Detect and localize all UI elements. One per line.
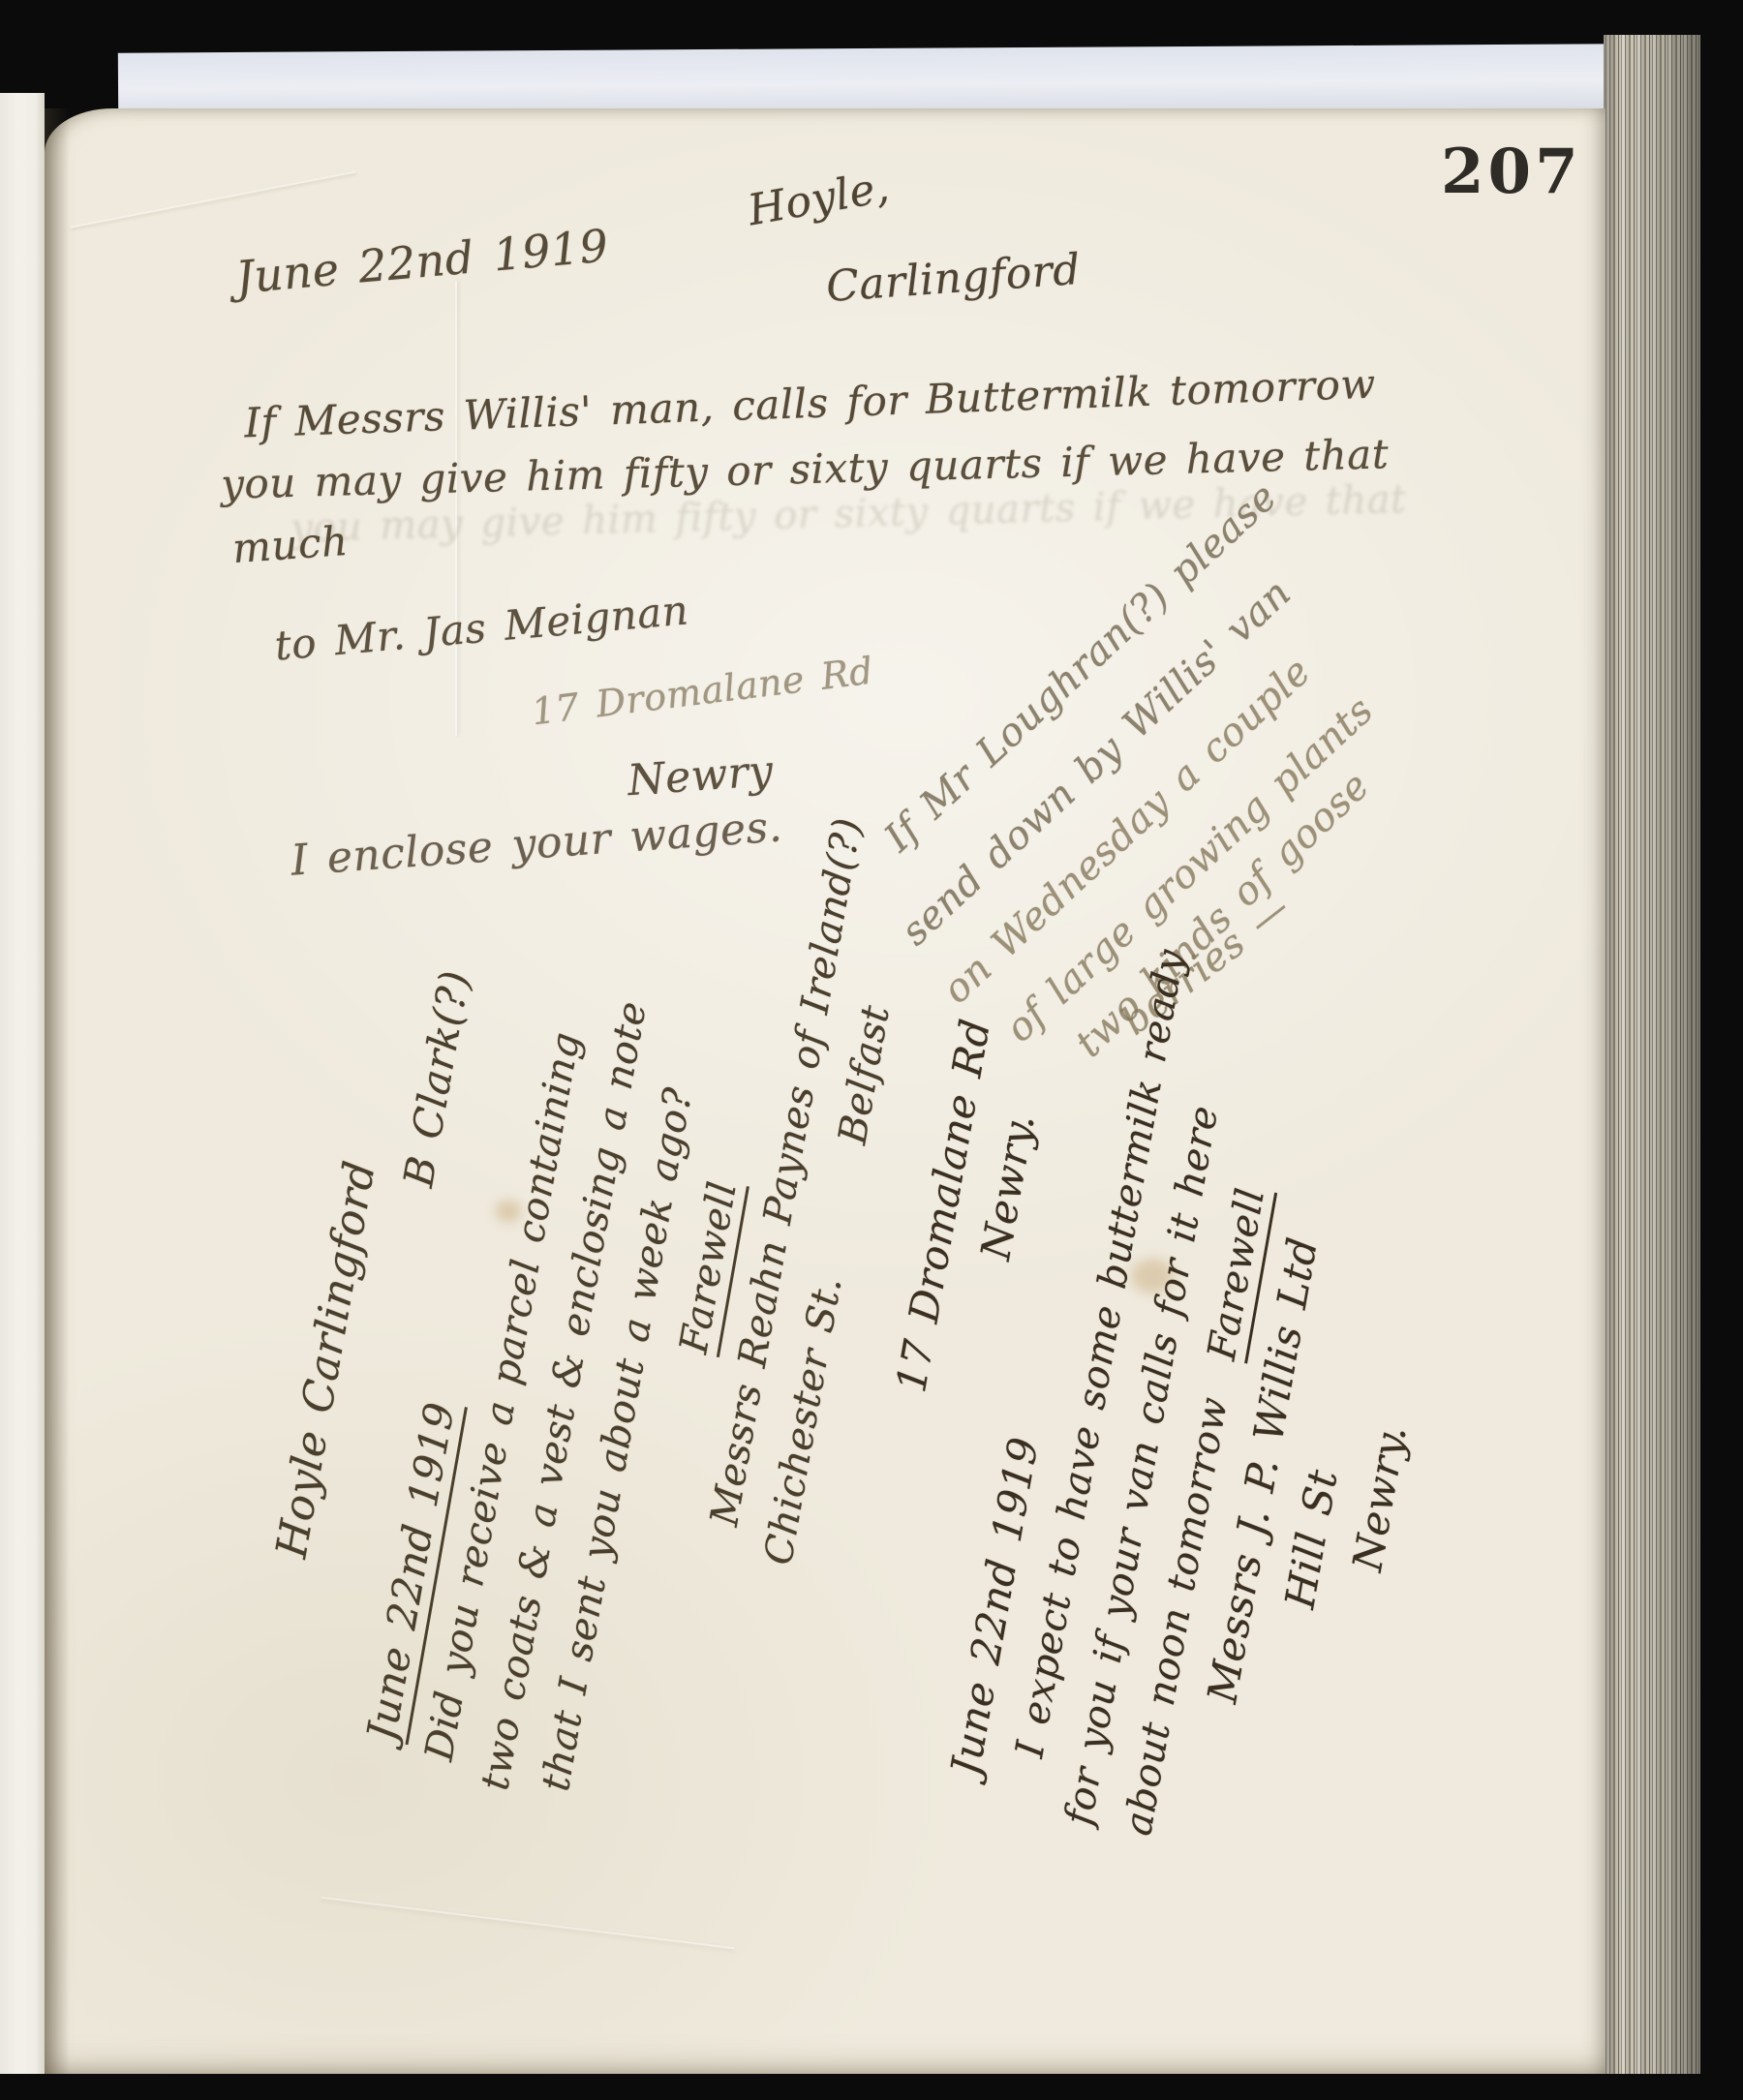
book-photograph: { "page": { "number": "207" }, "colors":… <box>0 0 1743 2100</box>
fore-edge-page-stack <box>1604 35 1700 2074</box>
gutter-shadow <box>45 108 70 2074</box>
previous-page-edge <box>0 93 45 2074</box>
page-number: 207 <box>1441 136 1582 208</box>
handwriting-line: much <box>230 517 350 572</box>
handwriting-address-line: Newry <box>626 746 775 806</box>
